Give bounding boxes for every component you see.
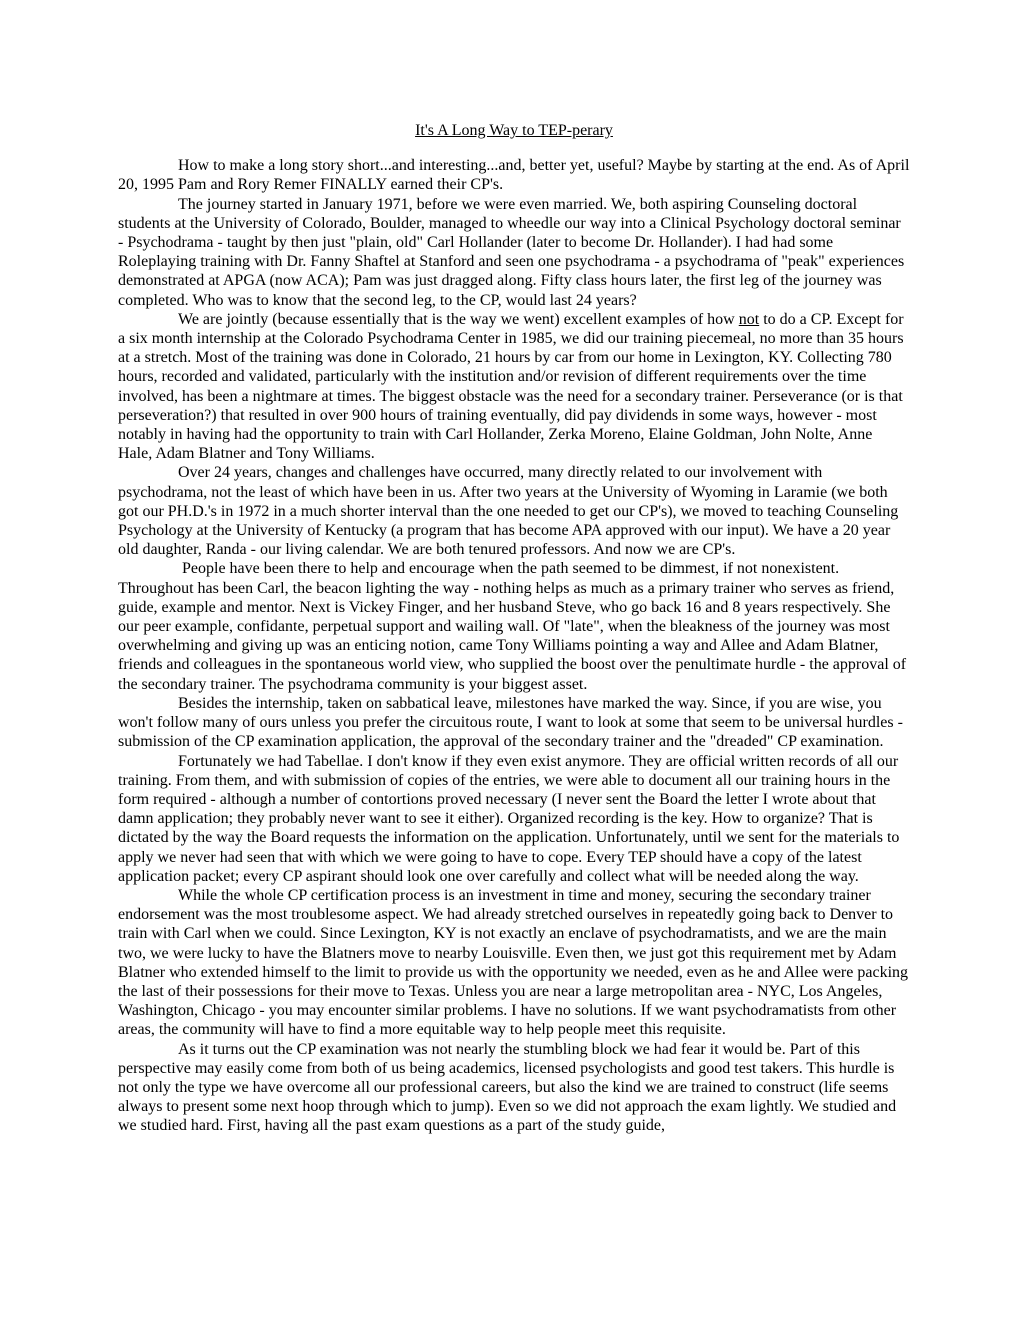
paragraph-text: People have been there to help and encou… [118, 560, 910, 692]
paragraph: People have been there to help and encou… [118, 559, 910, 693]
paragraph: While the whole CP certification process… [118, 886, 910, 1040]
paragraph-text: While the whole CP certification process… [118, 887, 912, 1038]
paragraph-text: Over 24 years, changes and challenges ha… [118, 464, 902, 558]
paragraph-text: How to make a long story short...and int… [118, 157, 913, 193]
document-body: How to make a long story short...and int… [118, 156, 910, 1135]
paragraph: We are jointly (because essentially that… [118, 310, 910, 464]
paragraph-text: As it turns out the CP examination was n… [118, 1041, 900, 1135]
document-page: It's A Long Way to TEP-perary How to mak… [0, 0, 1020, 1320]
paragraph-text: to do a CP. Except for a six month inter… [118, 311, 908, 462]
paragraph: How to make a long story short...and int… [118, 156, 910, 194]
document-content: It's A Long Way to TEP-perary How to mak… [118, 121, 910, 1136]
paragraph: Besides the internship, taken on sabbati… [118, 694, 910, 752]
paragraph: Fortunately we had Tabellae. I don't kno… [118, 752, 910, 886]
paragraph-text: Fortunately we had Tabellae. I don't kno… [118, 753, 903, 885]
paragraph-text: Besides the internship, taken on sabbati… [118, 695, 907, 750]
paragraph: As it turns out the CP examination was n… [118, 1040, 910, 1136]
paragraph-text: The journey started in January 1971, bef… [118, 196, 908, 309]
paragraph: Over 24 years, changes and challenges ha… [118, 463, 910, 559]
document-title: It's A Long Way to TEP-perary [118, 121, 910, 140]
underlined-text: not [739, 311, 759, 328]
paragraph: The journey started in January 1971, bef… [118, 195, 910, 310]
paragraph-text: We are jointly (because essentially that… [178, 311, 739, 328]
